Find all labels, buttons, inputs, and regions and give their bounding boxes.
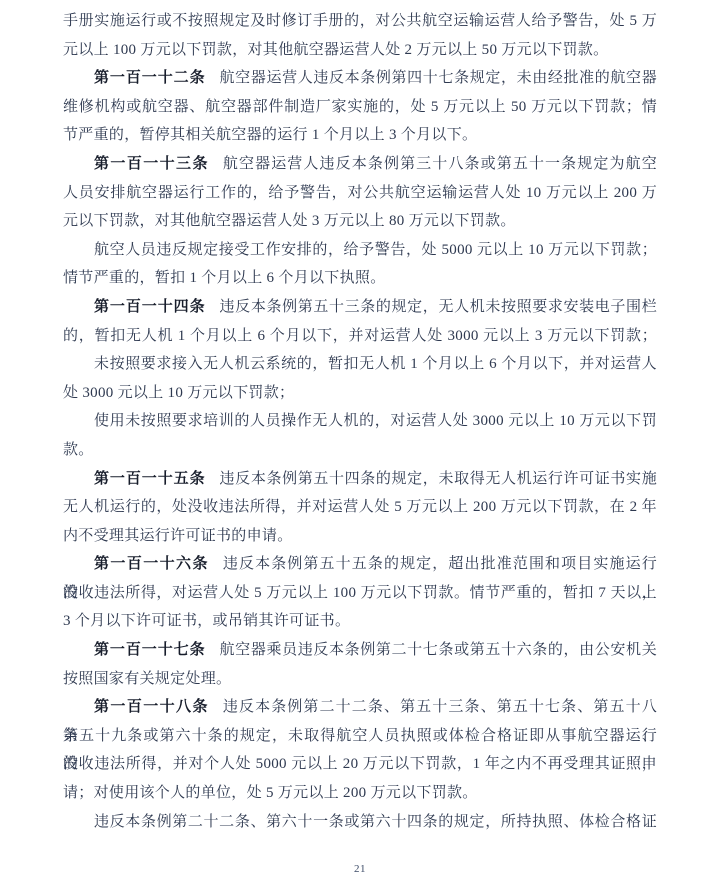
article-number: 第一百一十七条	[94, 642, 206, 658]
article-line-text: 航空器运营人违反本条例第四十七条规定，未由经批准的航空器	[220, 70, 657, 86]
text-line: 的，暂扣无人机 1 个月以上 6 个月以下，并对运营人处 3000 元以上 3 …	[63, 322, 657, 351]
text-line: 无人机运行的，处没收违法所得，并对运营人处 5 万元以上 200 万元以下罚款，…	[63, 493, 657, 522]
article-number: 第一百一十五条	[94, 471, 206, 487]
text-line: 违反本条例第二十二条、第六十一条或第六十四条的规定，所持执照、体检合格证	[63, 808, 657, 837]
article-line-text: 航空器乘员违反本条例第二十七条或第五十六条的，由公安机关	[220, 642, 657, 658]
text-line: 元以上 100 万元以下罚款，对其他航空器运营人处 2 万元以上 50 万元以下…	[63, 36, 657, 65]
text-line: 使用未按照要求培训的人员操作无人机的，对运营人处 3000 元以上 10 万元以…	[63, 407, 657, 436]
text-line: 未按照要求接入无人机云系统的，暂扣无人机 1 个月以上 6 个月以下，并对运营人	[63, 350, 657, 379]
article-number: 第一百一十三条	[94, 156, 209, 172]
article-line: 第一百一十四条违反本条例第五十三条的规定，无人机未按照要求安装电子围栏	[63, 293, 657, 322]
article-number: 第一百一十八条	[94, 699, 209, 715]
text-line: 元以下罚款，对其他航空器运营人处 3 万元以上 80 万元以下罚款。	[63, 207, 657, 236]
article-line: 第一百一十六条违反本条例第五十五条的规定，超出批准范围和项目实施运行的，	[63, 550, 657, 579]
article-line: 第一百一十二条航空器运营人违反本条例第四十七条规定，未由经批准的航空器	[63, 64, 657, 93]
text-line: 处 3000 元以上 10 万元以下罚款；	[63, 379, 657, 408]
text-line: 节严重的，暂停其相关航空器的运行 1 个月以上 3 个月以下。	[63, 121, 657, 150]
text-line: 按照国家有关规定处理。	[63, 665, 657, 694]
article-line: 第一百一十三条航空器运营人违反本条例第三十八条或第五十一条规定为航空	[63, 150, 657, 179]
text-line: 人员安排航空器运行工作的，给予警告，对公共航空运输运营人处 10 万元以上 20…	[63, 179, 657, 208]
document-body: 手册实施运行或不按照规定及时修订手册的，对公共航空运输运营人给予警告，处 5 万…	[63, 7, 657, 836]
article-line-text: 违反本条例第五十四条的规定，未取得无人机运行许可证书实施	[220, 471, 657, 487]
article-line: 第一百一十五条违反本条例第五十四条的规定，未取得无人机运行许可证书实施	[63, 465, 657, 494]
text-line: 第五十九条或第六十条的规定，未取得航空人员执照或体检合格证即从事航空器运行的，	[63, 722, 657, 751]
article-line: 第一百一十七条航空器乘员违反本条例第二十七条或第五十六条的，由公安机关	[63, 636, 657, 665]
text-line: 航空人员违反规定接受工作安排的，给予警告，处 5000 元以上 10 万元以下罚…	[63, 236, 657, 265]
text-line: 没收违法所得，并对个人处 5000 元以上 20 万元以下罚款，1 年之内不再受…	[63, 750, 657, 779]
text-line: 请；对使用该个人的单位，处 5 万元以上 200 万元以下罚款。	[63, 779, 657, 808]
text-line: 没收违法所得，对运营人处 5 万元以上 100 万元以下罚款。情节严重的，暂扣 …	[63, 579, 657, 608]
text-line: 3 个月以下许可证书，或吊销其许可证书。	[63, 607, 657, 636]
article-line: 第一百一十八条违反本条例第二十二条、第五十三条、第五十七条、第五十八条、	[63, 693, 657, 722]
article-number: 第一百一十六条	[94, 556, 209, 572]
page-number: 21	[0, 863, 720, 875]
text-line: 款。	[63, 436, 657, 465]
article-number: 第一百一十四条	[94, 299, 206, 315]
article-line-text: 违反本条例第五十三条的规定，无人机未按照要求安装电子围栏	[220, 299, 657, 315]
text-line: 维修机构或航空器、航空器部件制造厂家实施的，处 5 万元以上 50 万元以下罚款…	[63, 93, 657, 122]
text-line: 内不受理其运行许可证书的申请。	[63, 522, 657, 551]
article-line-text: 航空器运营人违反本条例第三十八条或第五十一条规定为航空	[223, 156, 657, 172]
article-number: 第一百一十二条	[94, 70, 206, 86]
text-line: 手册实施运行或不按照规定及时修订手册的，对公共航空运输运营人给予警告，处 5 万	[63, 7, 657, 36]
text-line: 情节严重的，暂扣 1 个月以上 6 个月以下执照。	[63, 264, 657, 293]
document-page: 手册实施运行或不按照规定及时修订手册的，对公共航空运输运营人给予警告，处 5 万…	[0, 0, 720, 889]
